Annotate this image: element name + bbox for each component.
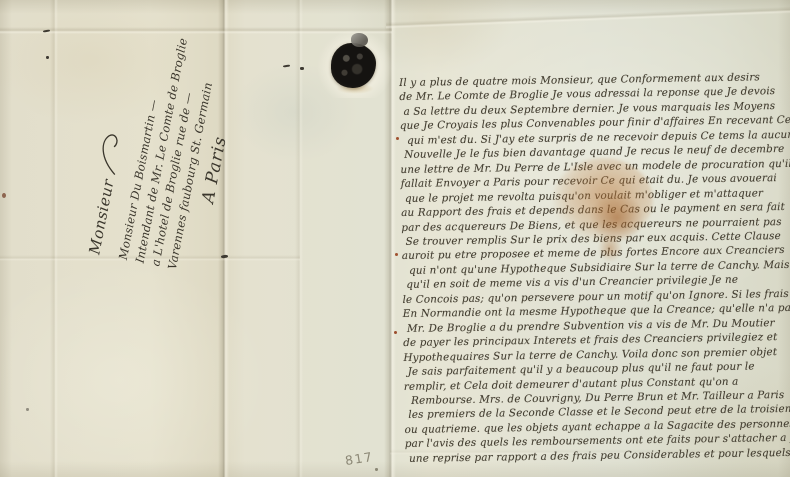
red-speck bbox=[2, 193, 6, 198]
fold-crease-vertical-1 bbox=[50, 0, 58, 477]
ink-speck bbox=[221, 255, 228, 259]
red-speck bbox=[395, 253, 398, 256]
red-speck bbox=[396, 137, 399, 140]
ink-speck bbox=[43, 29, 50, 32]
fold-crease-vertical-3 bbox=[295, 0, 303, 477]
ink-speck bbox=[300, 67, 304, 70]
fold-crease-horizontal-right bbox=[386, 6, 790, 29]
ink-speck bbox=[46, 56, 49, 59]
letter-photograph: Monsieur Monsieur Du Boismartin — Intend… bbox=[0, 0, 790, 477]
wax-seal-fragment bbox=[351, 33, 368, 47]
ink-speck bbox=[283, 65, 290, 68]
pen-flourish-icon bbox=[95, 129, 127, 177]
red-speck bbox=[394, 331, 397, 334]
salutation-text: Monsieur bbox=[85, 178, 117, 256]
pencil-number: 817 bbox=[344, 449, 374, 468]
paper-blemish bbox=[26, 408, 29, 411]
letter-body: Il y a plus de quatre mois Monsieur, que… bbox=[399, 70, 790, 466]
address-block: Monsieur Monsieur Du Boismartin — Intend… bbox=[80, 24, 249, 276]
pencil-dot bbox=[375, 468, 378, 471]
